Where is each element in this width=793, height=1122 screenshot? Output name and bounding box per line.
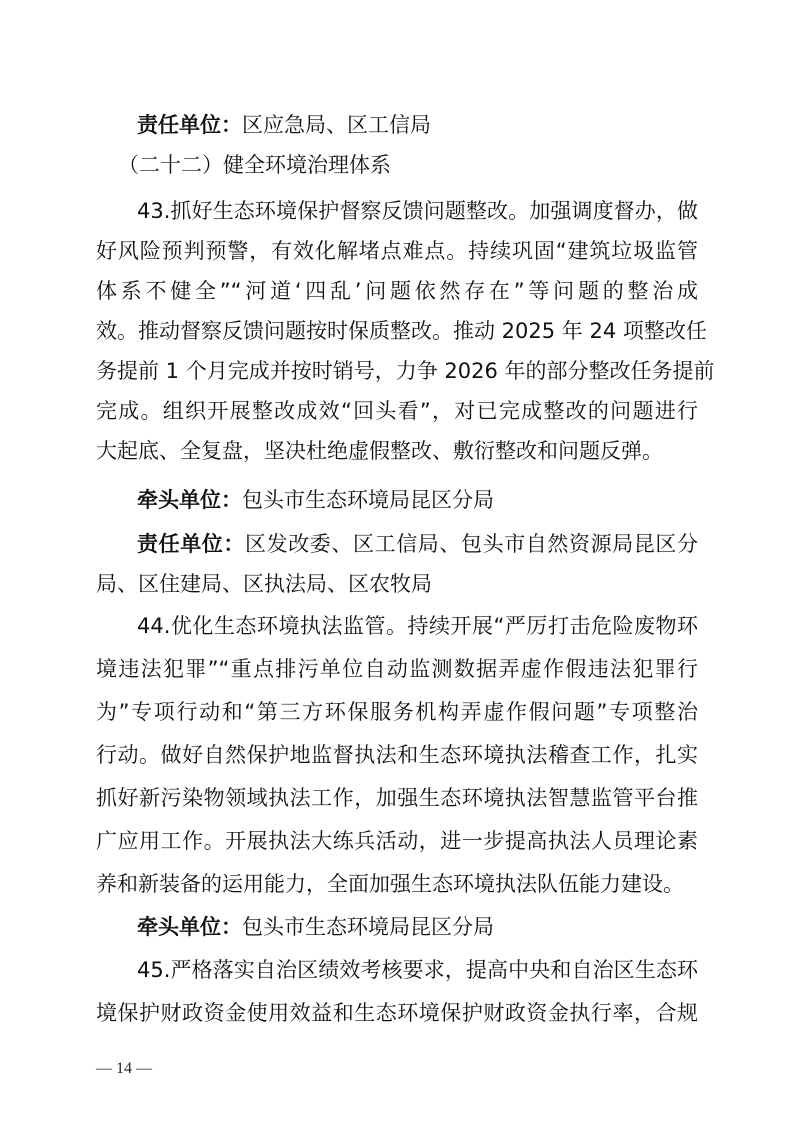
page-number: — 14 — [96,1060,152,1078]
responsible-unit-value: 区应急局、区工信局 [242,113,431,137]
document-page: 责任单位：区应急局、区工信局 （二十二）健全环境治理体系 43.抓好生态环境保护… [0,0,793,1122]
section-heading: （二十二）健全环境治理体系 [118,150,698,180]
item-43-line-4: 效。推动督察反馈问题按时保质整改。推动 2025 年 24 项整改任 [96,316,698,346]
responsible-unit-label: 责任单位： [137,113,242,137]
lead-unit-value: 包头市生态环境局昆区分局 [242,488,494,512]
lead-unit-line-2: 牵头单位：包头市生态环境局昆区分局 [137,912,698,942]
item-43-line-5: 务提前 1 个月完成并按时销号，力争 2026 年的部分整改任务提前 [96,356,698,386]
item-44-line-6: 广应用工作。开展执法大练兵活动，进一步提高执法人员理论素 [96,826,698,856]
item-44-line-5: 抓好新污染物领域执法工作，加强生态环境执法智慧监管平台推 [96,783,698,813]
item-43-line-7: 大起底、全复盘，坚决杜绝虚假整改、敷衍整改和问题反弹。 [96,436,698,466]
responsible-unit-line-2: 责任单位：区发改委、区工信局、包头市自然资源局昆区分 [137,529,698,559]
item-43-line-3: 体系不健全”“河道‘四乱’问题依然存在”等问题的整治成 [96,276,698,306]
item-44-line-4: 行动。做好自然保护地监督执法和生态环境执法稽查工作，扎实 [96,740,698,770]
item-43-line-6: 完成。组织开展整改成效“回头看”，对已完成整改的问题进行 [96,396,698,426]
item-44-line-3: 为”专项行动和“第三方环保服务机构弄虚作假问题”专项整治 [96,697,698,727]
responsible-unit-value: 区发改委、区工信局、包头市自然资源局昆区分 [245,532,698,556]
lead-unit-line: 牵头单位：包头市生态环境局昆区分局 [137,485,698,515]
responsible-unit-line: 责任单位：区应急局、区工信局 [137,110,698,140]
item-43-line-2: 好风险预判预警，有效化解堵点难点。持续巩固“建筑垃圾监管 [96,236,698,266]
lead-unit-value: 包头市生态环境局昆区分局 [242,915,494,939]
item-45-line-1: 45.严格落实自治区绩效考核要求，提高中央和自治区生态环 [137,955,698,985]
item-45-line-2: 境保护财政资金使用效益和生态环境保护财政资金执行率，合规 [96,998,698,1028]
item-44-line-7: 养和新装备的运用能力，全面加强生态环境执法队伍能力建设。 [96,869,698,899]
lead-unit-label: 牵头单位： [137,488,242,512]
responsible-unit-label: 责任单位： [137,532,245,556]
responsible-unit-continued: 局、区住建局、区执法局、区农牧局 [96,569,698,599]
lead-unit-label: 牵头单位： [137,915,242,939]
item-44-line-1: 44.优化生态环境执法监管。持续开展“严厉打击危险废物环 [137,611,698,641]
item-44-line-2: 境违法犯罪”“重点排污单位自动监测数据弄虚作假违法犯罪行 [96,654,698,684]
item-43-line-1: 43.抓好生态环境保护督察反馈问题整改。加强调度督办，做 [137,196,698,226]
